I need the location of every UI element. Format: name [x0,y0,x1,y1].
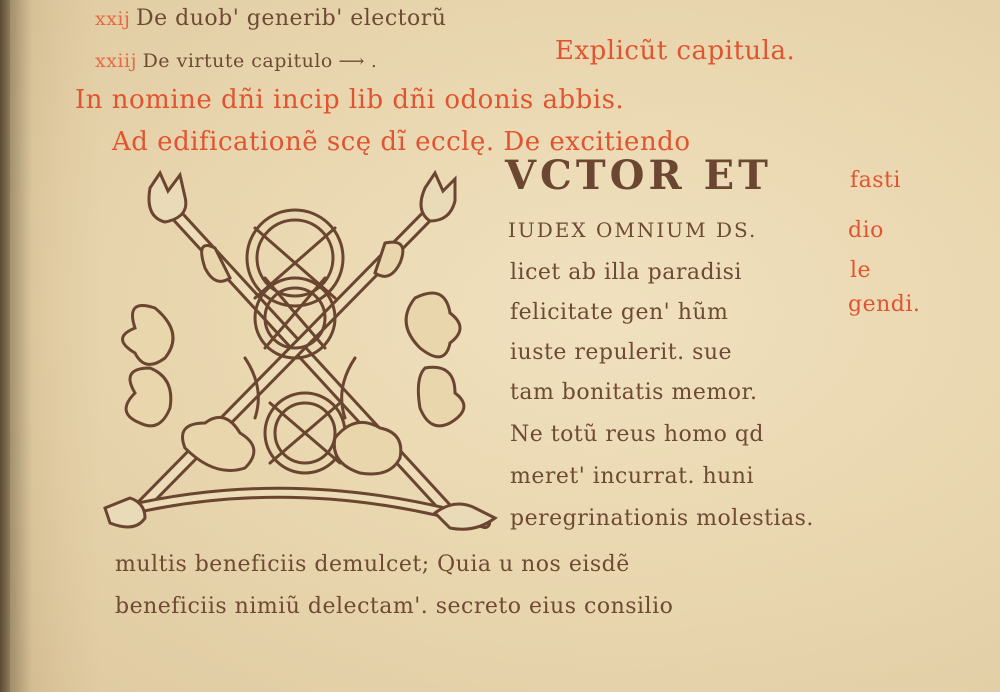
chapter-number: xxij [95,8,130,30]
gutter-stain [10,0,32,692]
margin-rubric-1: fasti [850,168,901,193]
text-line: multis beneficiis demulcet; Quia u nos e… [115,552,630,577]
margin-rubric-2: dio [848,218,884,243]
text-line: meret' incurrat. huni [510,464,754,489]
text-line: tam bonitatis memor. [510,380,758,405]
chapter-number: xxiij [95,50,137,72]
binding-gutter [0,0,10,692]
margin-rubric-3: le [850,258,871,283]
decorated-interlace-initial-icon [95,168,505,553]
chapter-entry-23: xxiij De virtute capitulo ⟶ . [95,50,377,72]
explicit-rubric: Explicũt capitula. [555,36,795,66]
display-capitals-text: VCTOR ET [505,152,772,199]
display-capitals-line2: IUDEX OMNIUM DS. [508,218,757,242]
text-line: peregrinationis molestias. [510,506,814,531]
text-line: beneficiis nimiũ delectam'. secreto eius… [115,594,673,619]
chapter-title: De virtute capitulo [143,50,333,72]
text-line: felicitate gen' hũm [510,300,728,325]
text-line: licet ab illa paradisi [510,260,742,285]
incipit-line-1: In nomine dñi incip lib dñi odonis abbis… [75,85,624,115]
chapter-title: De duob' generib' electorũ [136,6,446,31]
chapter-entry-22: xxij De duob' generib' electorũ [95,6,446,31]
text-line: iuste repulerit. sue [510,340,732,365]
text-line: Ne totũ reus homo qd [510,422,764,447]
margin-rubric-4: gendi. [848,292,920,317]
line-filler: ⟶ . [338,51,377,72]
display-capitals: VCTOR ET [505,152,772,199]
